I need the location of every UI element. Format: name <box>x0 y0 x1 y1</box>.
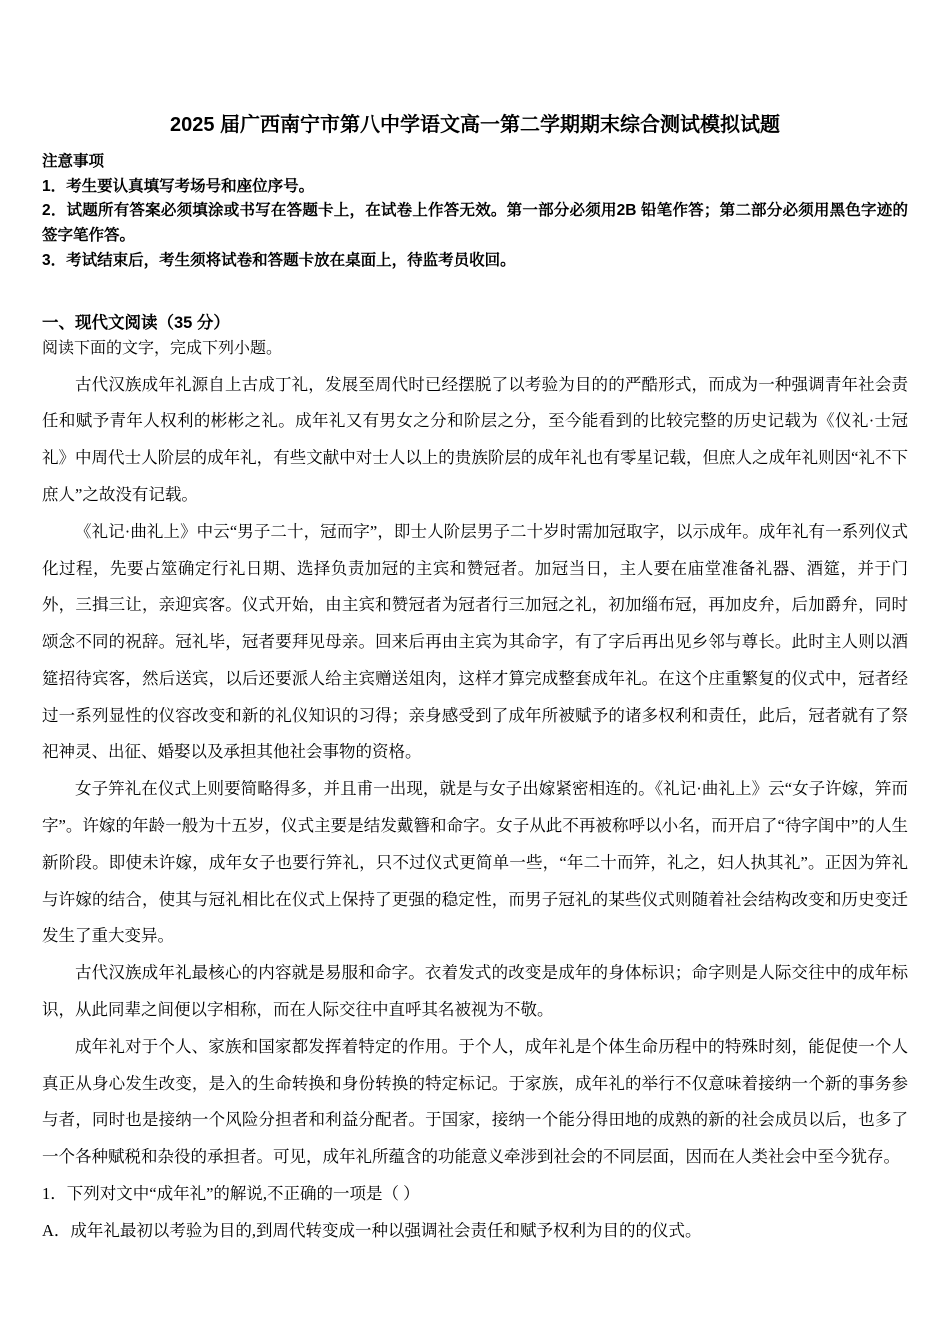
reading-passage: 古代汉族成年礼源自上古成丁礼，发展至周代时已经摆脱了以考验为目的的严酷形式，而成… <box>42 367 908 1177</box>
notice-item-2: 2．试题所有答案必须填涂或书写在答题卡上，在试卷上作答无效。第一部分必须用2B … <box>42 199 908 248</box>
section-heading-modern-reading: 一、现代文阅读（35 分） <box>42 311 908 336</box>
notice-section: 注意事项 1．考生要认真填写考场号和座位序号。 2．试题所有答案必须填涂或书写在… <box>42 150 908 274</box>
passage-paragraph-1: 古代汉族成年礼源自上古成丁礼，发展至周代时已经摆脱了以考验为目的的严酷形式，而成… <box>42 367 908 514</box>
passage-paragraph-3: 女子笄礼在仪式上则要简略得多，并且甫一出现，就是与女子出嫁紧密相连的。《礼记·曲… <box>42 771 908 955</box>
reading-instruction: 阅读下面的文字，完成下列小题。 <box>42 336 908 361</box>
notice-heading: 注意事项 <box>42 150 908 175</box>
exam-paper-page: 2025 届广西南宁市第八中学语文高一第二学期期末综合测试模拟试题 注意事项 1… <box>0 0 950 1344</box>
passage-paragraph-4: 古代汉族成年礼最核心的内容就是易服和命字。衣着发式的改变是成年的身体标识；命字则… <box>42 955 908 1029</box>
passage-paragraph-5: 成年礼对于个人、家族和国家都发挥着特定的作用。于个人，成年礼是个体生命历程中的特… <box>42 1029 908 1176</box>
notice-item-3: 3．考试结束后，考生须将试卷和答题卡放在桌面上，待监考员收回。 <box>42 249 908 274</box>
notice-item-1: 1．考生要认真填写考场号和座位序号。 <box>42 175 908 200</box>
page-title: 2025 届广西南宁市第八中学语文高一第二学期期末综合测试模拟试题 <box>42 112 908 139</box>
passage-paragraph-2: 《礼记·曲礼上》中云“男子二十，冠而字”，即士人阶层男子二十岁时需加冠取字，以示… <box>42 514 908 772</box>
question-1: 1．下列对文中“成年礼”的解说,不正确的一项是（ ） <box>42 1176 908 1213</box>
question-1-option-a: A．成年礼最初以考验为目的,到周代转变成一种以强调社会责任和赋予权利为目的的仪式… <box>42 1213 908 1250</box>
